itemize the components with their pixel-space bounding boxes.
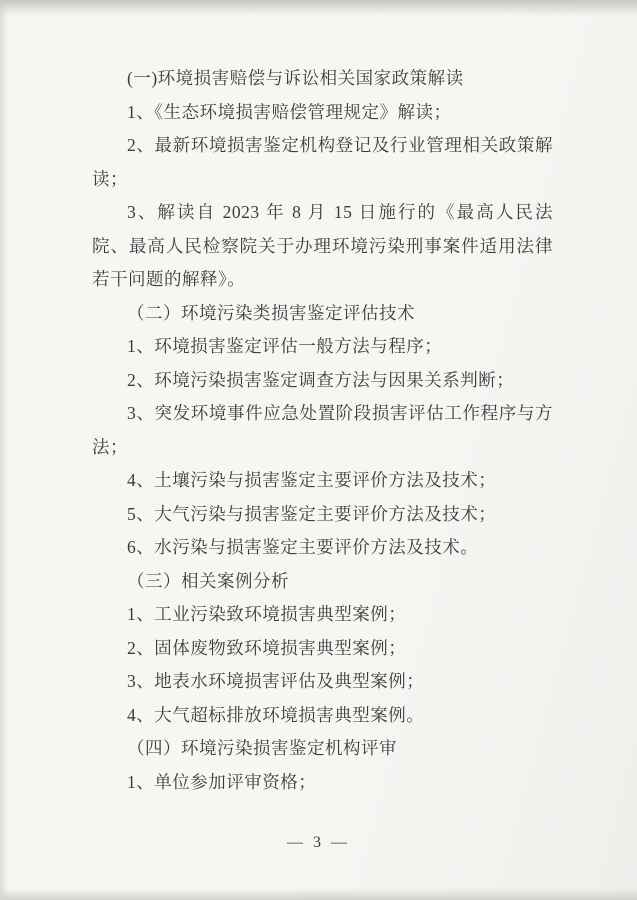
list-item-2-6: 6、水污染与损害鉴定主要评价方法及技术。 bbox=[92, 531, 553, 565]
list-item-2-2: 2、环境污染损害鉴定调查方法与因果关系判断； bbox=[92, 364, 553, 398]
scanned-document-page: { "document": { "paragraphs": [ { "text"… bbox=[0, 0, 637, 900]
section-heading-2: （二）环境污染类损害鉴定评估技术 bbox=[92, 297, 553, 331]
list-item-3-1: 1、工业污染致环境损害典型案例； bbox=[92, 598, 553, 632]
scan-edge-left bbox=[0, 0, 8, 900]
page-footer: — 3 — bbox=[0, 834, 637, 852]
page-number: — 3 — bbox=[287, 834, 350, 851]
list-item-2-4: 4、土壤污染与损害鉴定主要评价方法及技术； bbox=[92, 464, 553, 498]
list-item-2-3: 3、突发环境事件应急处置阶段损害评估工作程序与方法； bbox=[92, 397, 553, 464]
document-body: (一)环境损害赔偿与诉讼相关国家政策解读 1、《生态环境损害赔偿管理规定》解读；… bbox=[92, 62, 553, 799]
list-item-3-2: 2、固体废物致环境损害典型案例； bbox=[92, 632, 553, 666]
list-item-1-2: 2、最新环境损害鉴定机构登记及行业管理相关政策解读； bbox=[92, 129, 553, 196]
scan-edge-bottom bbox=[0, 888, 637, 900]
list-item-1-1: 1、《生态环境损害赔偿管理规定》解读； bbox=[92, 96, 553, 130]
list-item-3-3: 3、地表水环境损害评估及典型案例； bbox=[92, 665, 553, 699]
list-item-3-4: 4、大气超标排放环境损害典型案例。 bbox=[92, 699, 553, 733]
list-item-1-3: 3、解读自 2023 年 8 月 15 日施行的《最高人民法院、最高人民检察院关… bbox=[92, 196, 553, 297]
section-heading-3: （三）相关案例分析 bbox=[92, 565, 553, 599]
list-item-2-5: 5、大气污染与损害鉴定主要评价方法及技术； bbox=[92, 498, 553, 532]
section-heading-1: (一)环境损害赔偿与诉讼相关国家政策解读 bbox=[92, 62, 553, 96]
list-item-2-1: 1、环境损害鉴定评估一般方法与程序； bbox=[92, 330, 553, 364]
scan-edge-top bbox=[0, 0, 637, 16]
section-heading-4: （四）环境污染损害鉴定机构评审 bbox=[92, 732, 553, 766]
list-item-4-1: 1、单位参加评审资格； bbox=[92, 766, 553, 800]
